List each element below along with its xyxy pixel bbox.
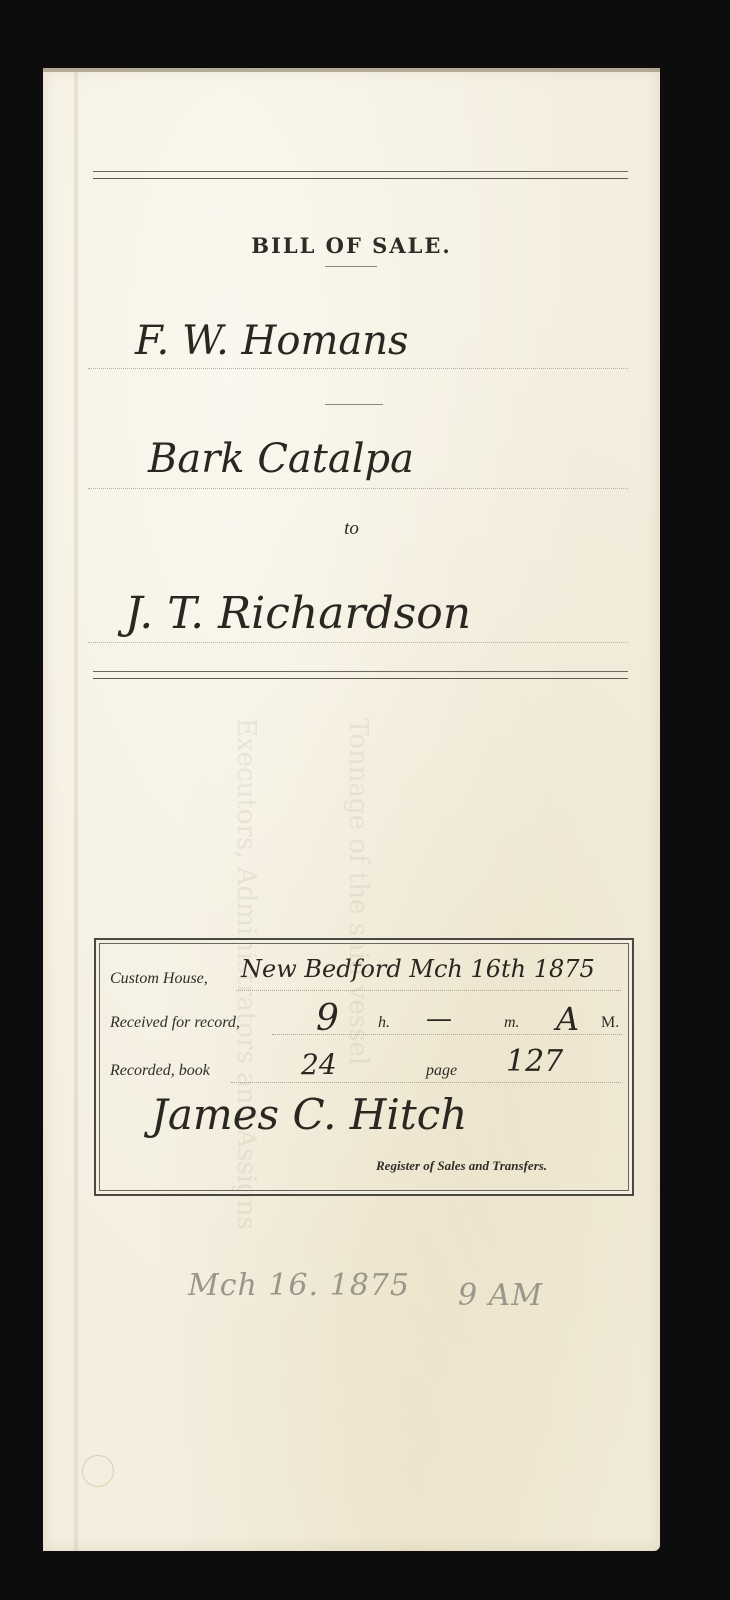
- page-label: page: [426, 1062, 457, 1080]
- pencil-date-note: Mch 16. 1875: [188, 1268, 410, 1303]
- custom-house-value: New Bedford Mch 16th 1875: [241, 955, 595, 983]
- register-title: Register of Sales and Transfers.: [376, 1158, 547, 1174]
- paper-fold: [73, 68, 79, 1551]
- recorded-label: Recorded, book: [110, 1062, 210, 1080]
- buyer-name: J. T. Richardson: [125, 588, 471, 639]
- bottom-double-rule: [93, 671, 628, 679]
- separator-rule: [325, 404, 383, 405]
- stain-ring: [82, 1455, 114, 1487]
- bill-of-sale-document: Executors, Administrators and Assigns To…: [43, 68, 660, 1551]
- recorded-dots: [231, 1082, 621, 1083]
- received-label: Received for record,: [110, 1014, 240, 1032]
- seller-name: F. W. Homans: [135, 318, 409, 364]
- received-hour: 9: [316, 998, 339, 1039]
- minute-suffix: m.: [504, 1014, 520, 1032]
- to-label: to: [43, 518, 660, 540]
- meridiem-handwritten: A: [556, 1000, 579, 1038]
- record-stamp-box: Custom House, New Bedford Mch 16th 1875 …: [94, 938, 634, 1196]
- page-value: 127: [506, 1044, 563, 1079]
- document-title: BILL OF SALE.: [43, 233, 660, 258]
- custom-house-label: Custom House,: [110, 970, 208, 988]
- title-underline: [325, 266, 377, 267]
- vessel-name: Bark Catalpa: [148, 436, 414, 482]
- pencil-time-note: 9 AM: [458, 1278, 543, 1313]
- book-value: 24: [301, 1048, 337, 1081]
- top-double-rule: [93, 171, 628, 179]
- received-minute: —: [426, 1004, 452, 1034]
- hour-suffix: h.: [378, 1014, 390, 1032]
- register-signature: James C. Hitch: [151, 1090, 467, 1139]
- vessel-line: [88, 488, 628, 489]
- buyer-line: [88, 642, 628, 643]
- seller-line: [88, 368, 628, 369]
- meridiem-suffix: M.: [601, 1014, 619, 1032]
- custom-house-dots: [236, 990, 621, 991]
